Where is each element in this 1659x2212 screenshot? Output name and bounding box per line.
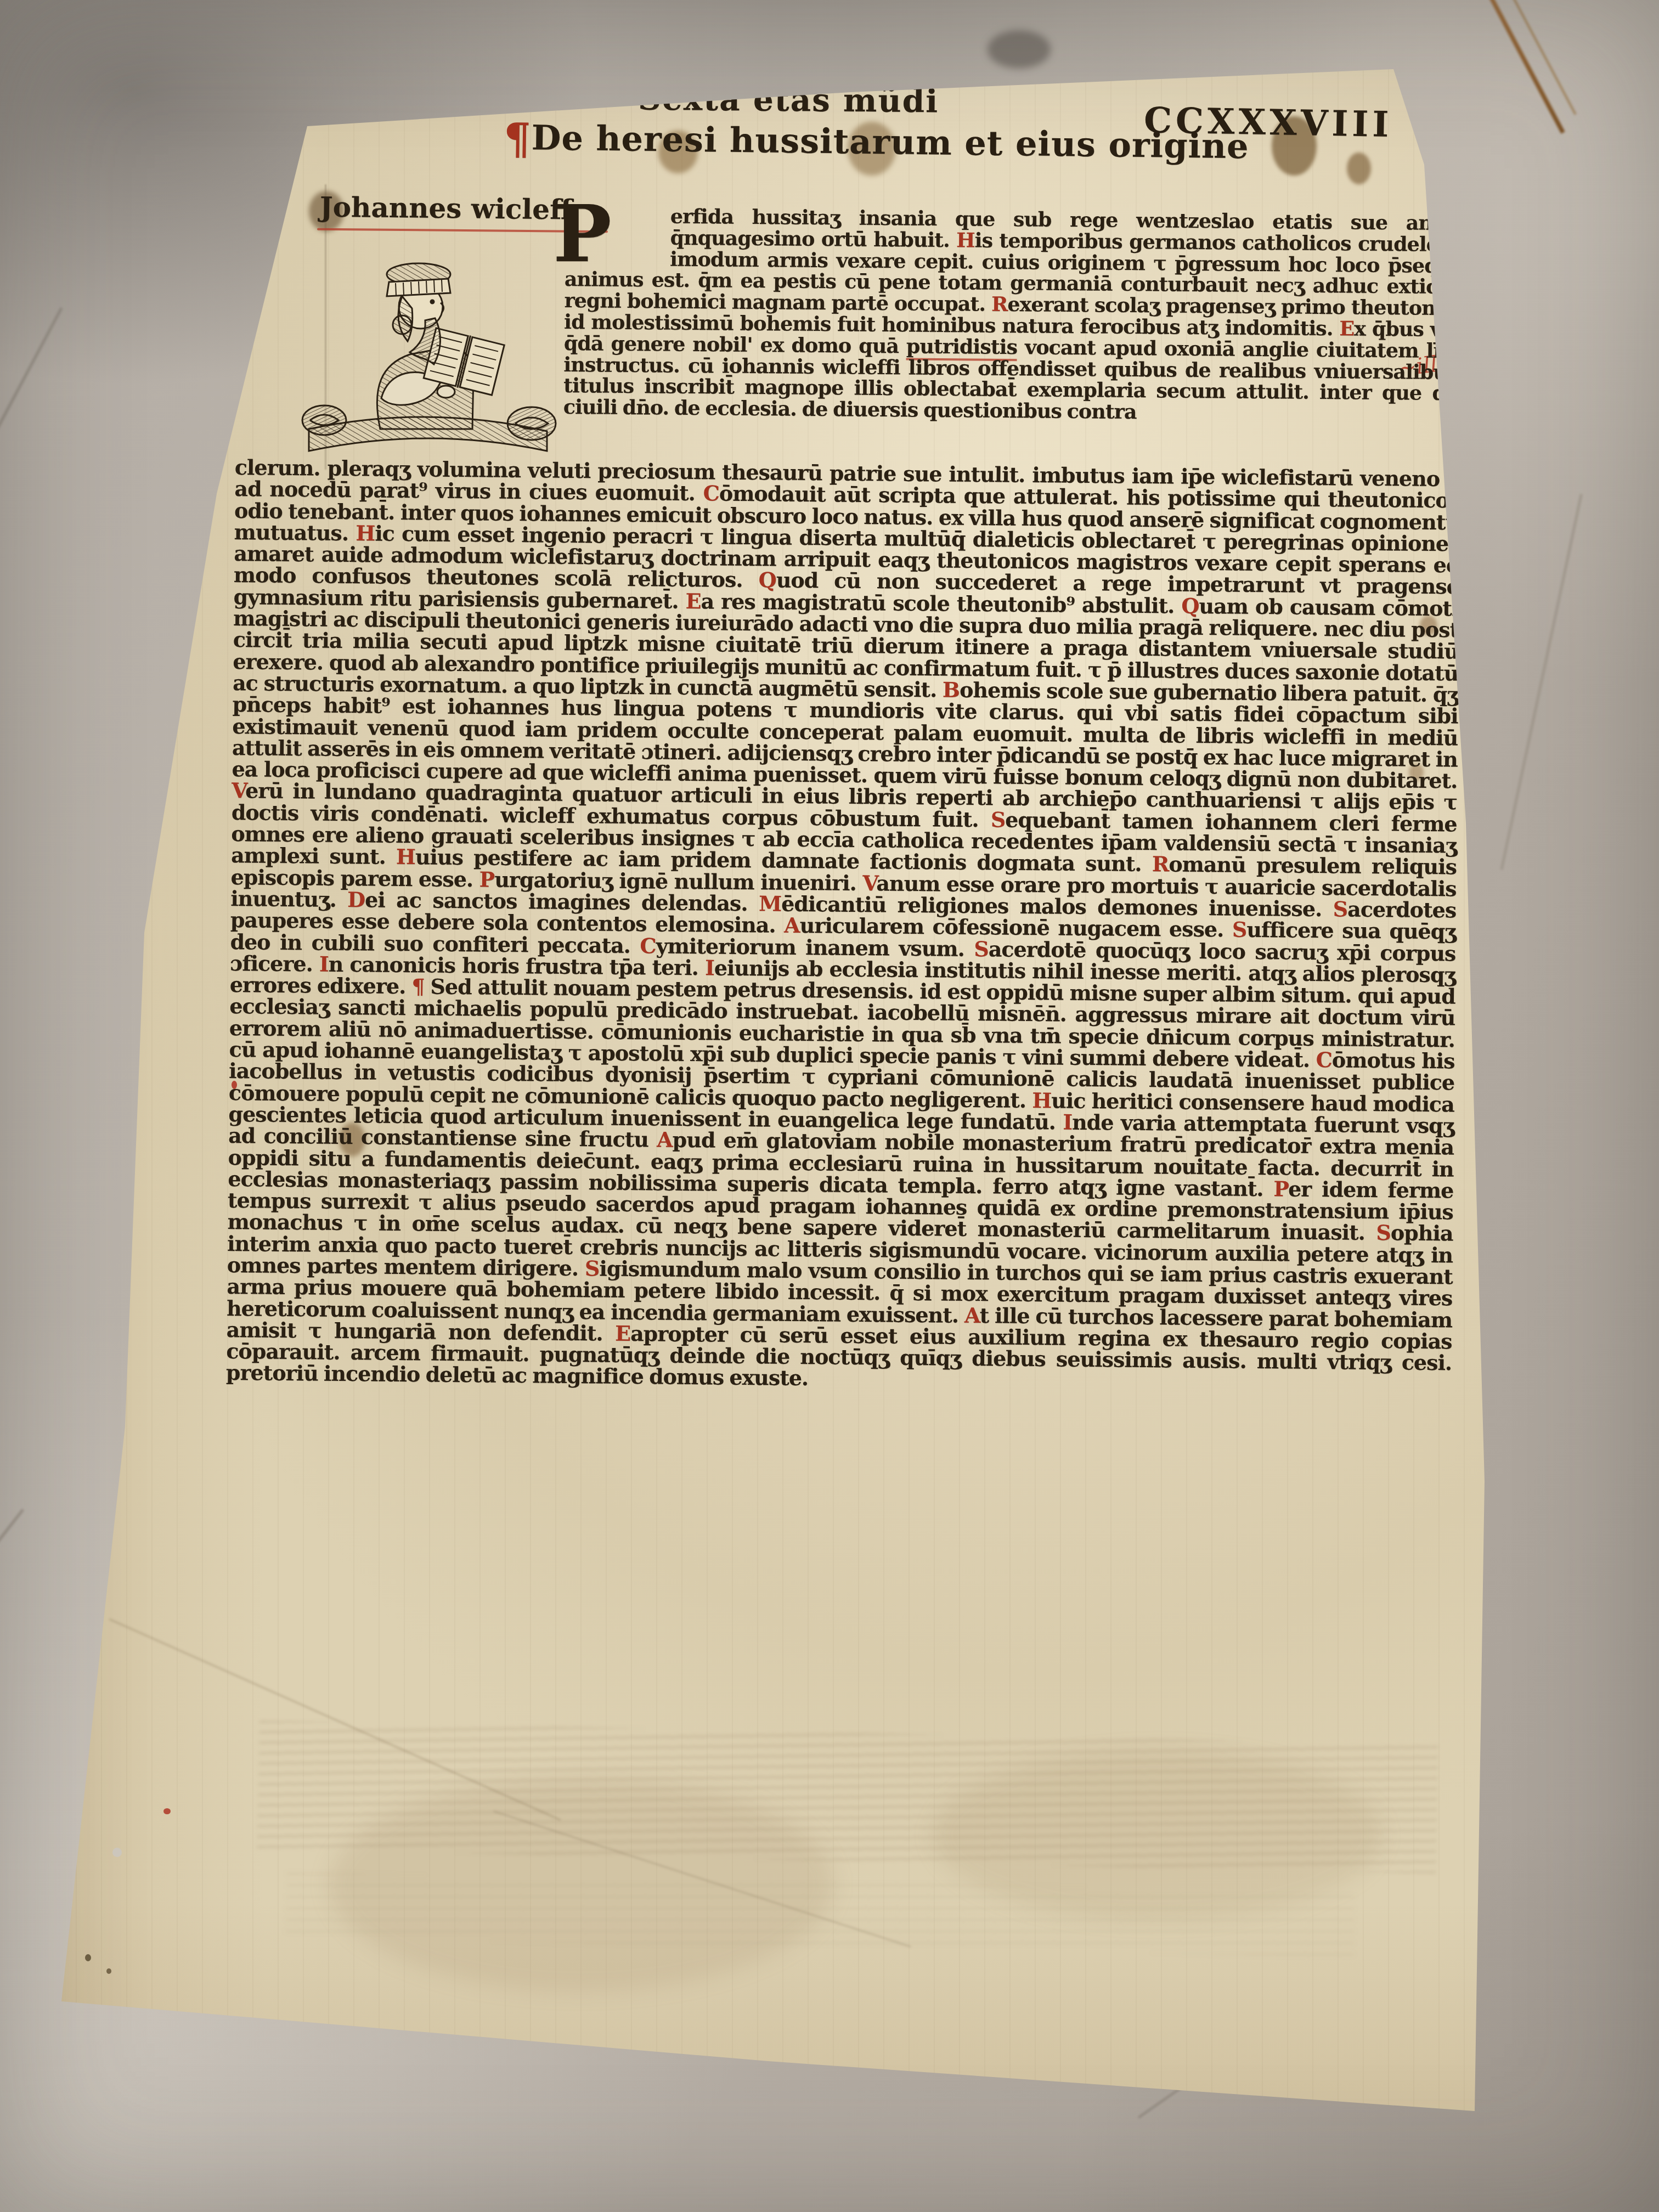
photo-of-incunabulum-leaf: Sexta etas mũdi CCXXXVIII ¶De heresi hus…: [0, 0, 1659, 2212]
marble-vein: [1481, 0, 1565, 134]
marble-vein: [0, 307, 63, 657]
marble-vein: [0, 1509, 24, 1899]
incunabulum-page: Sexta etas mũdi CCXXXVIII ¶De heresi hus…: [0, 0, 1659, 2212]
page-edge-shading: [0, 0, 1659, 2212]
marble-vein: [1500, 494, 1582, 870]
marble-smudge: [988, 30, 1051, 69]
